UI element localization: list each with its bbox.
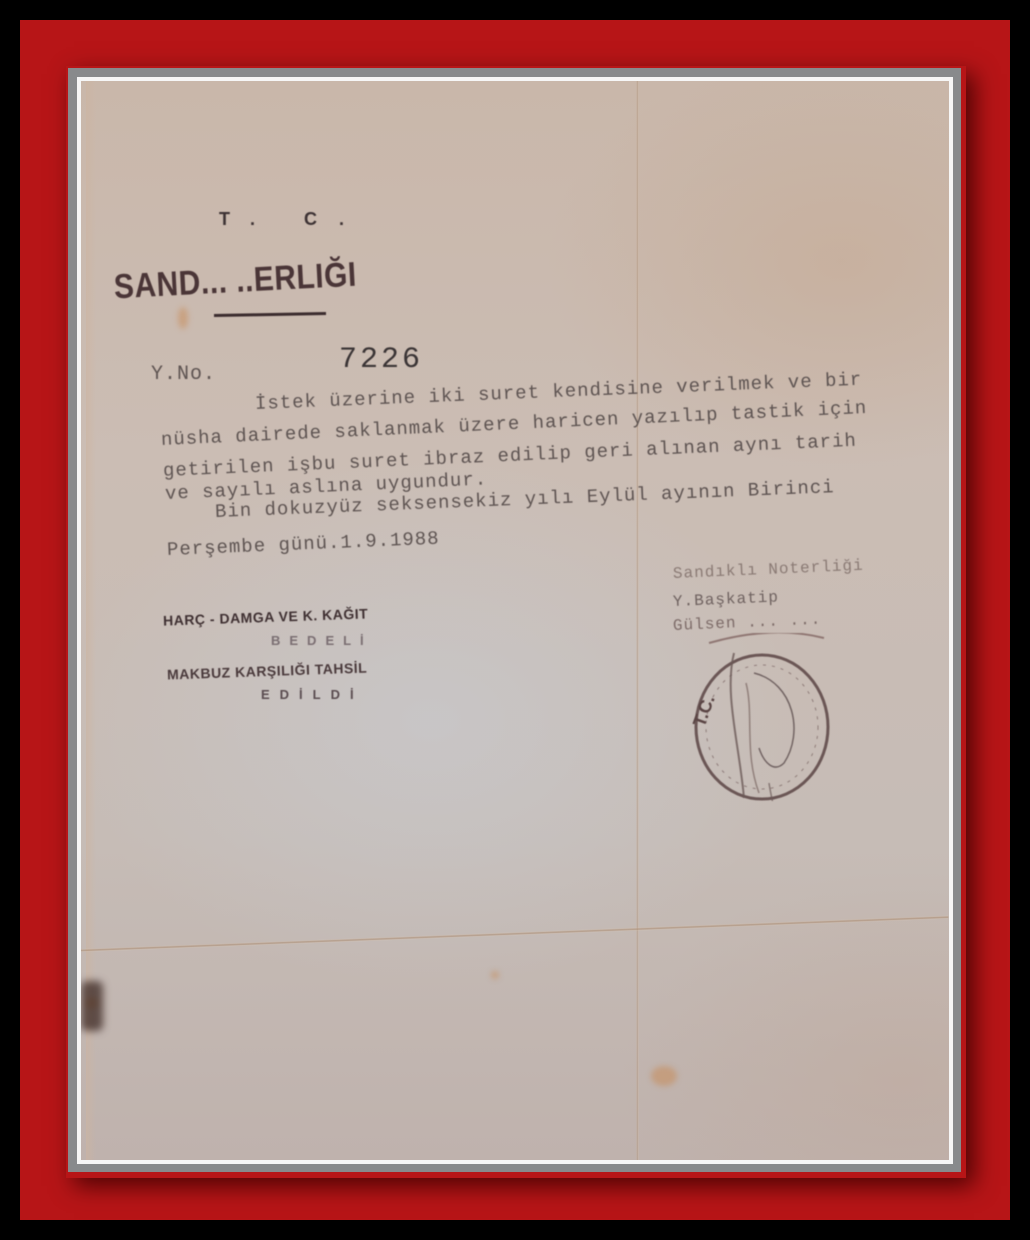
svg-text:T.C.: T.C. <box>689 692 719 729</box>
fee-stamp-line: BEDELİ <box>271 633 373 648</box>
fee-stamp-line: HARÇ - DAMGA VE K. KAĞIT <box>163 605 369 628</box>
body-line-date: Perşembe günü.1.9.1988 <box>167 528 441 561</box>
signature-title: Y.Başkatip <box>673 588 780 611</box>
registry-label: Y.No. <box>151 363 216 386</box>
signature-name: Gülsen ... ... <box>673 611 822 635</box>
notary-seal-icon: T.C. <box>684 633 836 801</box>
notary-office-stamp: SAND... ..ERLIĞI <box>113 256 358 308</box>
signature-office: Sandıklı Noterliği <box>673 557 864 583</box>
fee-stamp-line: EDİLDİ <box>261 687 364 702</box>
fee-stamp-line: MAKBUZ KARŞILIĞI TAHSİL <box>167 660 368 683</box>
registry-number: 7226 <box>339 343 423 377</box>
notary-document: T. C. SAND... ..ERLIĞI Y.No. 7226 İstek … <box>81 81 949 1160</box>
stamp-underline <box>214 312 326 317</box>
header-tc: T. C. <box>219 209 366 230</box>
document-photo: T. C. SAND... ..ERLIĞI Y.No. 7226 İstek … <box>81 81 949 1160</box>
